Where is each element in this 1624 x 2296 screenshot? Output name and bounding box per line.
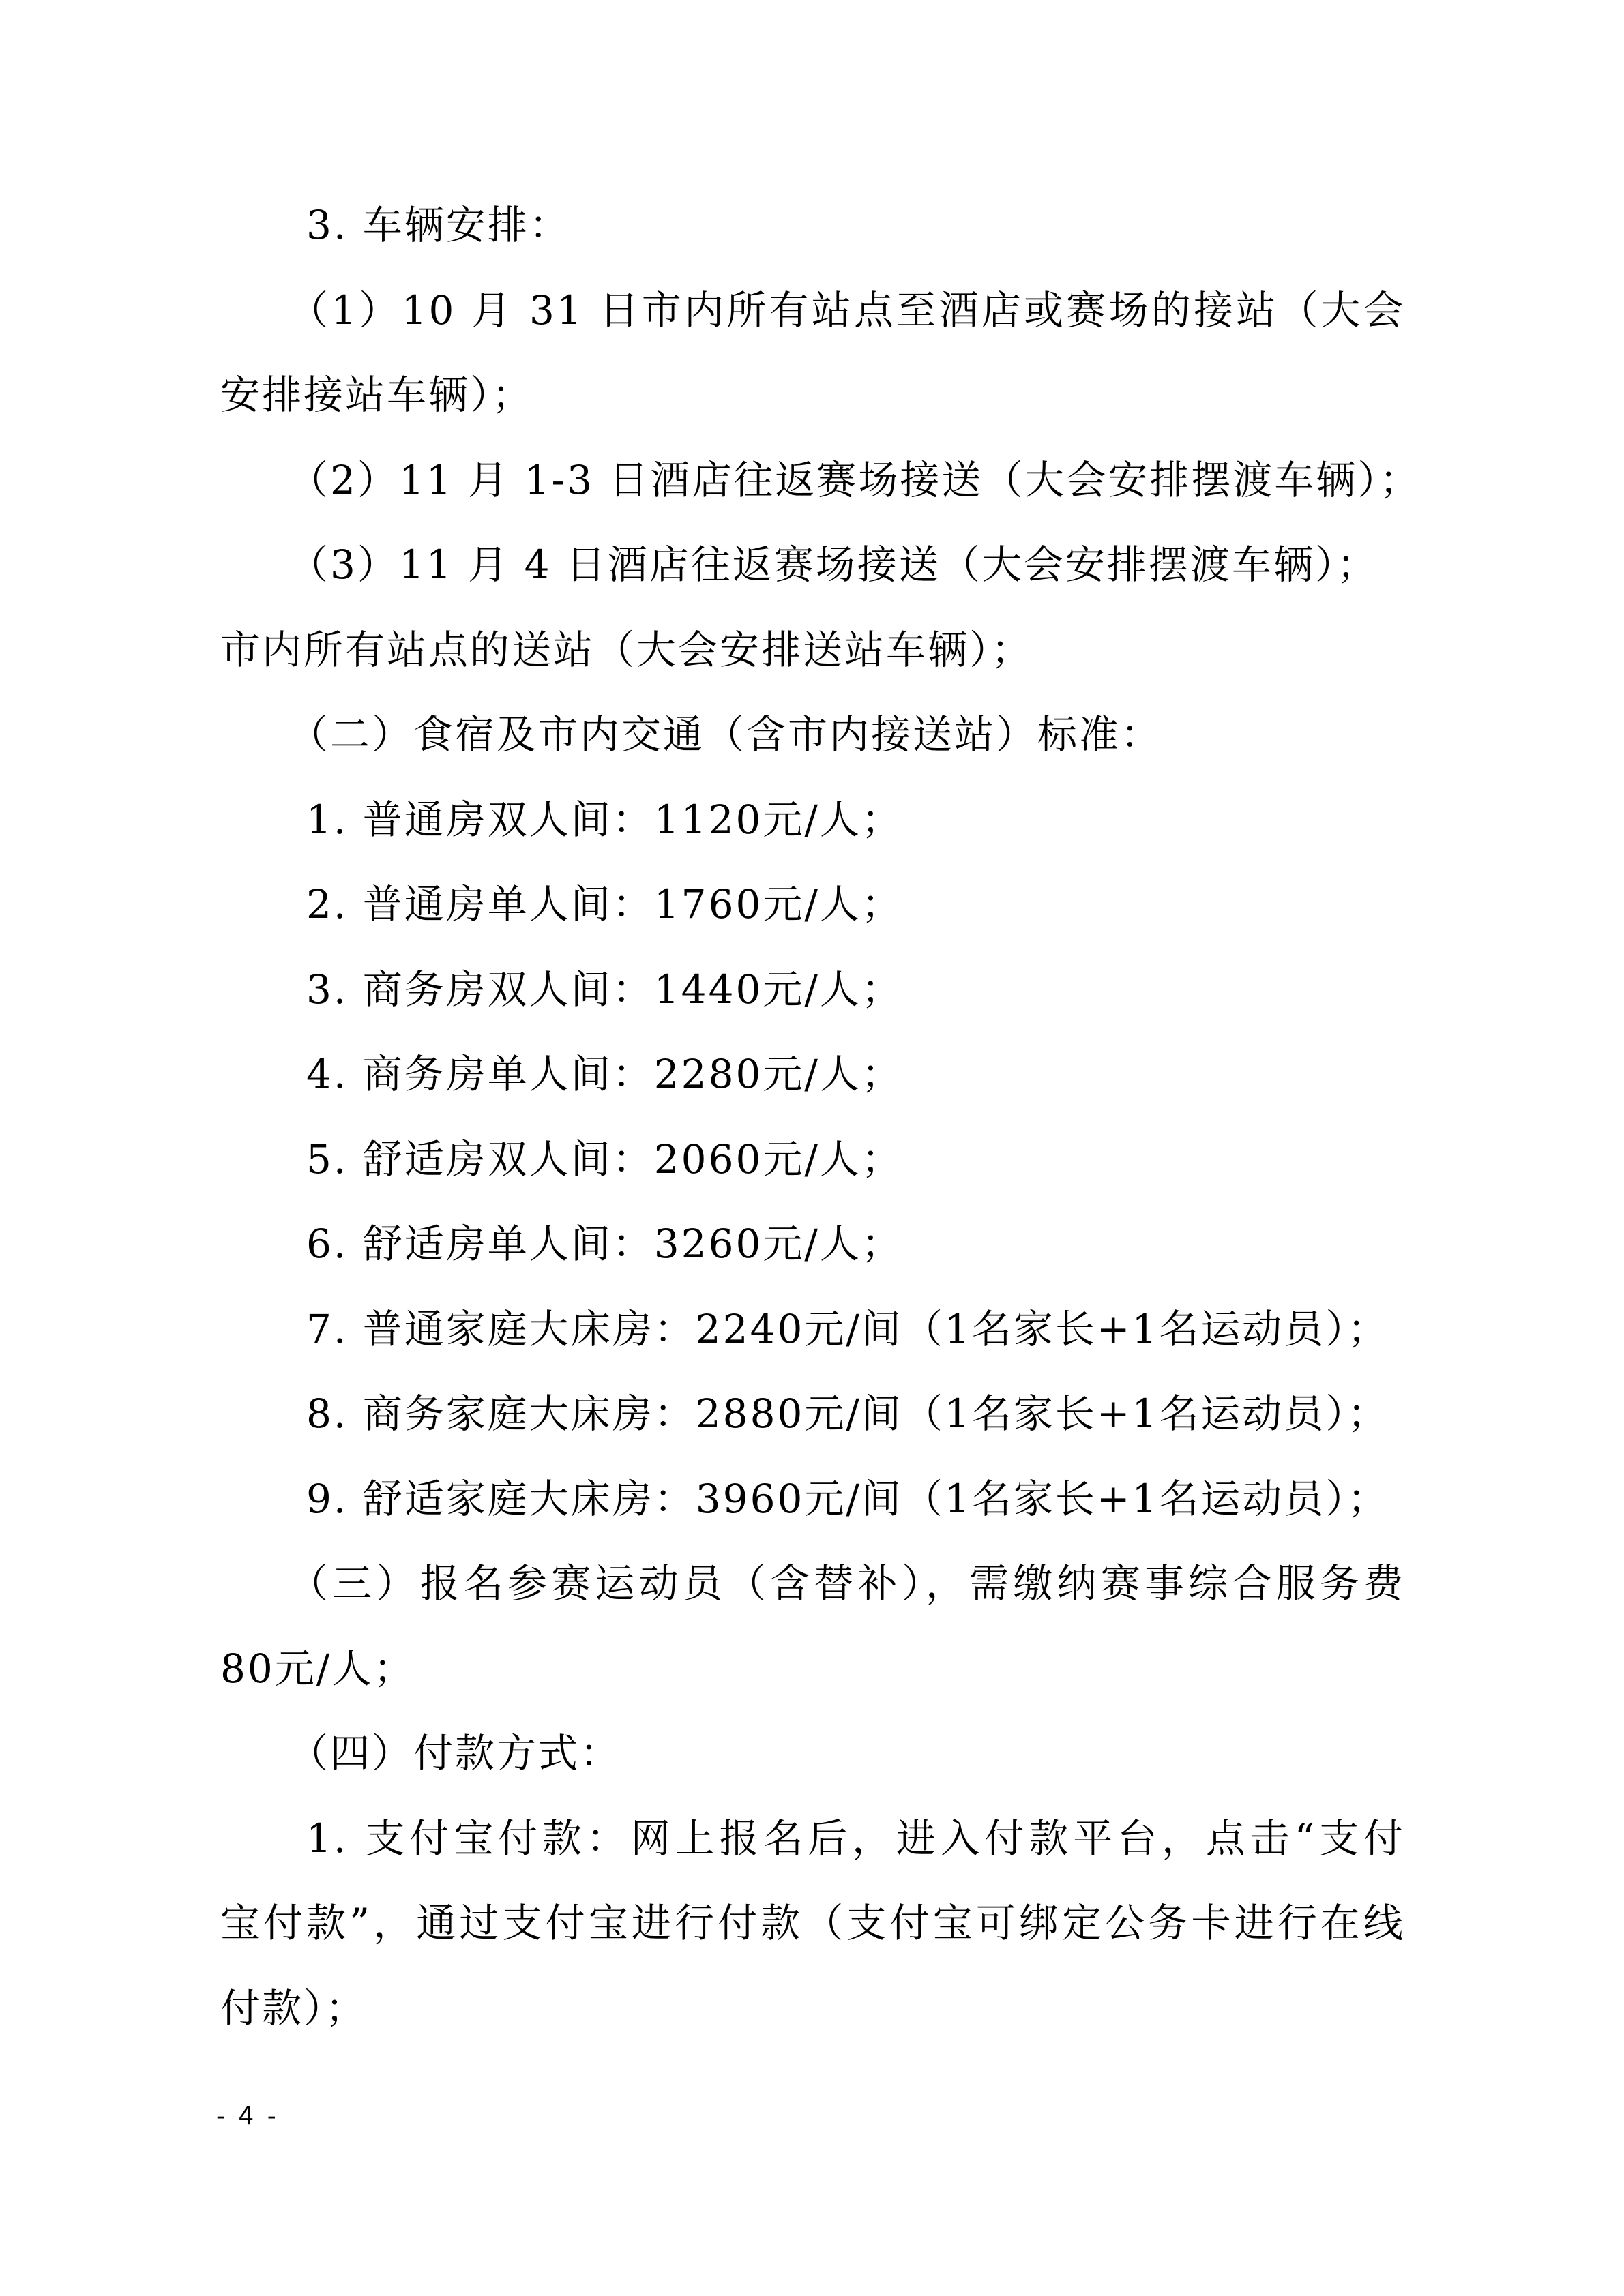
section-4-heading: （四）付款方式：	[220, 1711, 1405, 1796]
document-page: 3. 车辆安排： （1）10 月 31 日市内所有站点至酒店或赛场的接站（大会 …	[0, 0, 1624, 2296]
price-item-3: 3. 商务房双人间：1440元/人；	[220, 947, 1405, 1032]
vehicle-item-1-line-2: 安排接站车辆）；	[220, 353, 1405, 438]
section-3-line-1: （三）报名参赛运动员（含替补），需缴纳赛事综合服务费	[220, 1541, 1405, 1626]
vehicle-item-3-line-2: 市内所有站点的送站（大会安排送站车辆）；	[220, 608, 1405, 693]
price-item-8: 8. 商务家庭大床房：2880元/间（1名家长+1名运动员）；	[220, 1371, 1405, 1457]
price-list: 1. 普通房双人间：1120元/人； 2. 普通房单人间：1760元/人； 3.…	[220, 777, 1405, 1542]
price-item-7: 7. 普通家庭大床房：2240元/间（1名家长+1名运动员）；	[220, 1287, 1405, 1372]
page-number: - 4 -	[216, 2103, 279, 2130]
price-item-5: 5. 舒适房双人间：2060元/人；	[220, 1117, 1405, 1202]
section-3-line-2: 80元/人；	[220, 1626, 1405, 1712]
vehicle-arrangement-heading: 3. 车辆安排：	[220, 183, 1405, 268]
price-item-1: 1. 普通房双人间：1120元/人；	[220, 777, 1405, 863]
vehicle-item-1-line-1: （1）10 月 31 日市内所有站点至酒店或赛场的接站（大会	[220, 268, 1405, 353]
section-2-heading: （二）食宿及市内交通（含市内接送站）标准：	[220, 692, 1405, 777]
payment-method-1-line-1: 1. 支付宝付款：网上报名后，进入付款平台，点击“支付	[220, 1796, 1405, 1881]
payment-method-1-line-3: 付款）；	[220, 1966, 1405, 2051]
vehicle-item-3-line-1: （3）11 月 4 日酒店往返赛场接送（大会安排摆渡车辆）；	[220, 522, 1405, 608]
price-item-2: 2. 普通房单人间：1760元/人；	[220, 862, 1405, 947]
price-item-4: 4. 商务房单人间：2280元/人；	[220, 1032, 1405, 1117]
payment-method-1-line-2: 宝付款”，通过支付宝进行付款（支付宝可绑定公务卡进行在线	[220, 1881, 1405, 1966]
document-body: 3. 车辆安排： （1）10 月 31 日市内所有站点至酒店或赛场的接站（大会 …	[220, 183, 1405, 2051]
vehicle-item-2: （2）11 月 1-3 日酒店往返赛场接送（大会安排摆渡车辆）；	[220, 438, 1405, 523]
price-item-9: 9. 舒适家庭大床房：3960元/间（1名家长+1名运动员）；	[220, 1457, 1405, 1542]
price-item-6: 6. 舒适房单人间：3260元/人；	[220, 1202, 1405, 1287]
